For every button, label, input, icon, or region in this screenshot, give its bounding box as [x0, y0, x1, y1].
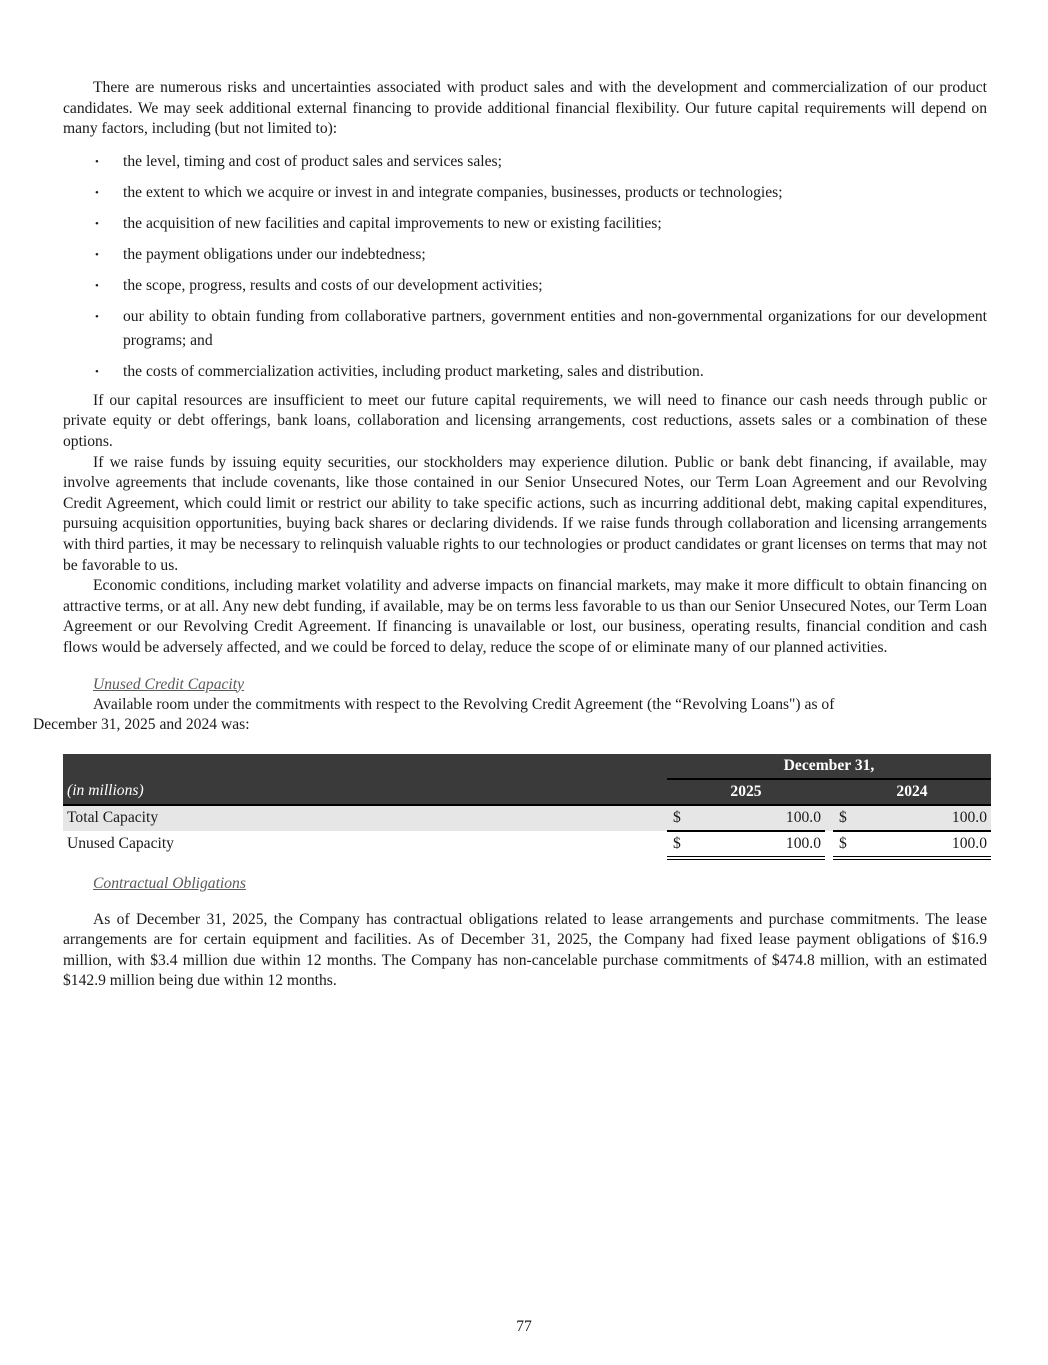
- table-header-group-row: December 31,: [63, 754, 991, 779]
- list-item-text: our ability to obtain funding from colla…: [123, 308, 987, 349]
- table-row: Total Capacity $ 100.0 $ 100.0: [63, 805, 991, 831]
- list-item-text: the costs of commercialization activitie…: [123, 363, 704, 380]
- contractual-obligations-heading: Contractual Obligations: [93, 874, 987, 894]
- list-item-text: the scope, progress, results and costs o…: [123, 277, 543, 294]
- bullet-icon: •: [95, 360, 99, 384]
- row-label-unused-capacity: Unused Capacity: [63, 831, 667, 858]
- column-header-2024: 2024: [833, 779, 991, 805]
- currency-symbol: $: [667, 831, 691, 858]
- list-item: •the scope, progress, results and costs …: [63, 274, 987, 298]
- group-header-december-31: December 31,: [667, 754, 991, 779]
- list-item: •the acquisition of new facilities and c…: [63, 212, 987, 236]
- list-item-text: the extent to which we acquire or invest…: [123, 184, 783, 201]
- unused-credit-table: December 31, (in millions) 2025 2024 Tot…: [63, 754, 991, 860]
- insufficient-capital-paragraph: If our capital resources are insufficien…: [63, 391, 987, 453]
- table-header-row: (in millions) 2025 2024: [63, 779, 991, 805]
- list-item: •the costs of commercialization activiti…: [63, 360, 987, 384]
- list-item-text: the payment obligations under our indebt…: [123, 246, 426, 263]
- bullet-icon: •: [95, 212, 99, 236]
- list-item: •the extent to which we acquire or inves…: [63, 181, 987, 205]
- currency-symbol: $: [833, 831, 857, 858]
- column-header-2025: 2025: [667, 779, 825, 805]
- total-capacity-2024: 100.0: [857, 805, 991, 831]
- page-number: 77: [0, 1318, 1048, 1336]
- row-label-total-capacity: Total Capacity: [63, 805, 667, 831]
- economic-conditions-paragraph: Economic conditions, including market vo…: [63, 576, 987, 658]
- list-item: •the payment obligations under our indeb…: [63, 243, 987, 267]
- contractual-obligations-paragraph: As of December 31, 2025, the Company has…: [63, 910, 987, 992]
- capital-requirements-intro: There are numerous risks and uncertainti…: [63, 78, 987, 140]
- bullet-icon: •: [95, 181, 99, 205]
- unused-capacity-2025: 100.0: [691, 831, 825, 858]
- bullet-icon: •: [95, 150, 99, 174]
- list-item-text: the level, timing and cost of product sa…: [123, 153, 502, 170]
- bullet-icon: •: [95, 243, 99, 267]
- unused-credit-intro-line2: December 31, 2025 and 2024 was:: [33, 715, 250, 736]
- unused-capacity-2024: 100.0: [857, 831, 991, 858]
- list-item: •the level, timing and cost of product s…: [63, 150, 987, 174]
- capital-factors-list: •the level, timing and cost of product s…: [63, 150, 987, 384]
- bullet-icon: •: [95, 305, 99, 329]
- bullet-icon: •: [95, 274, 99, 298]
- currency-symbol: $: [667, 805, 691, 831]
- currency-symbol: $: [833, 805, 857, 831]
- table-row: Unused Capacity $ 100.0 $ 100.0: [63, 831, 991, 858]
- document-page: There are numerous risks and uncertainti…: [63, 78, 987, 992]
- dilution-paragraph: If we raise funds by issuing equity secu…: [63, 453, 987, 577]
- unused-credit-intro: Available room under the commitments wit…: [63, 695, 987, 736]
- unused-credit-capacity-heading: Unused Credit Capacity: [93, 675, 987, 695]
- unit-label: (in millions): [63, 779, 667, 805]
- list-item: •our ability to obtain funding from coll…: [63, 305, 987, 353]
- total-capacity-2025: 100.0: [691, 805, 825, 831]
- unused-credit-intro-line1: Available room under the commitments wit…: [93, 696, 834, 713]
- list-item-text: the acquisition of new facilities and ca…: [123, 215, 662, 232]
